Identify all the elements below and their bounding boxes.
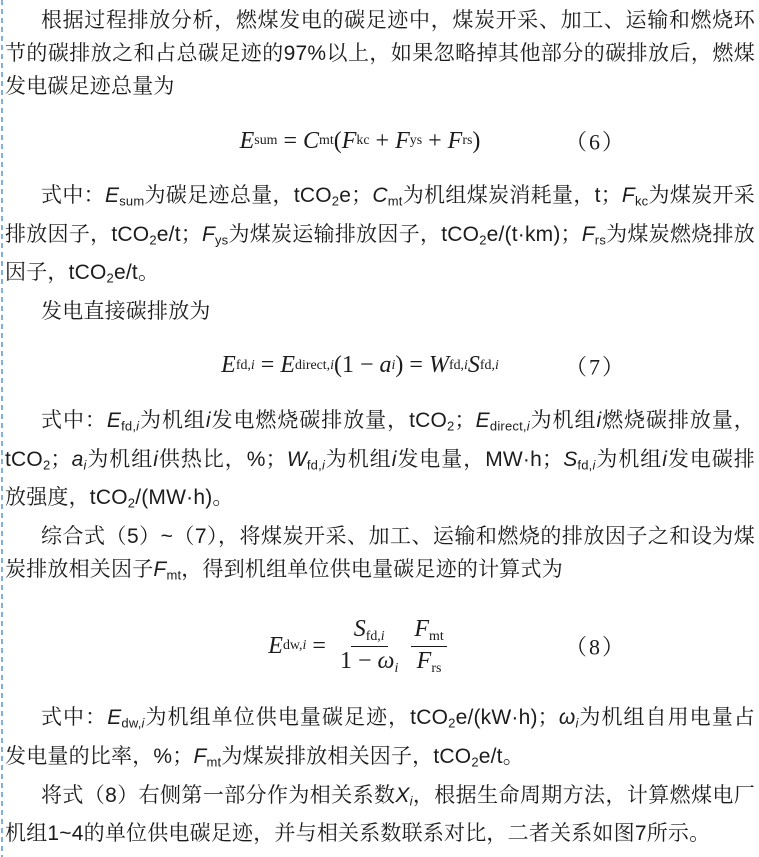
- subscript: fd,: [449, 358, 464, 374]
- text-run: 为机组: [325, 448, 392, 471]
- text-run: 供热比，%；: [158, 448, 287, 471]
- text-run: e/t。: [479, 745, 524, 768]
- equation-7-expression: Efd,i = Edirect,i(1 − ai) = Wfd,iSfd,i: [221, 352, 499, 379]
- text-run: (1 −: [334, 352, 380, 379]
- subscript: i: [495, 358, 499, 374]
- text-run: 式中：: [41, 184, 105, 207]
- text-run: ) =: [395, 352, 429, 379]
- subscript: i: [394, 661, 398, 676]
- text-run: 为机组单位供电量碳足迹，tCO: [145, 706, 448, 729]
- text-run: e/t；: [157, 223, 202, 246]
- equation-8-expression: Edw,i = Sfd,i1 − ωiFmtFrs: [268, 616, 451, 677]
- text-run: 发电量，MW·h；: [397, 448, 564, 471]
- text-run: 1 −: [340, 648, 378, 674]
- paragraph-combine-lead: 综合式（5）~（7），将煤炭开采、加工、运输和燃烧的排放因子之和设为煤炭排放相关…: [5, 520, 755, 592]
- subscript: fd,: [366, 629, 381, 644]
- text-run: 为机组: [530, 409, 597, 432]
- equation-6-number: （6）: [565, 126, 626, 157]
- document-page: { "page": { "background": "#ffffff", "gu…: [0, 0, 759, 857]
- text-run: (: [334, 128, 342, 155]
- fraction-numerator: Sfd,i: [351, 616, 388, 647]
- subscript: ys: [410, 133, 422, 149]
- text-run: 为机组: [596, 448, 663, 471]
- paragraph-direct-emission-lead: 发电直接碳排放为: [5, 295, 755, 328]
- text-run: 为机组: [87, 448, 154, 471]
- variable: E: [476, 409, 490, 432]
- variable: F: [448, 128, 463, 155]
- text-run: 发电燃烧碳排放量，tCO: [211, 409, 447, 432]
- variable: F: [342, 128, 357, 155]
- subscript: rs: [595, 232, 606, 247]
- text-run: =: [255, 352, 281, 379]
- subscript: mt: [319, 133, 334, 149]
- text-run: e/(t·km)；: [487, 223, 582, 246]
- variable: C: [303, 128, 319, 155]
- text-run: +: [422, 128, 448, 155]
- variable: S: [468, 352, 480, 379]
- subscript: 2: [471, 755, 478, 770]
- variable: F: [193, 745, 206, 768]
- variable: F: [582, 223, 595, 246]
- variable: S: [354, 616, 366, 642]
- fraction-denominator: 1 − ωi: [337, 647, 401, 677]
- text-run: 发电直接碳排放为: [41, 300, 211, 323]
- text-run: e/(kW·h)；: [456, 706, 559, 729]
- variable: a: [380, 352, 392, 379]
- variable: ω: [378, 648, 395, 674]
- fraction-numerator: Fmt: [411, 616, 446, 647]
- subscript: ys: [215, 232, 228, 247]
- variable: E: [240, 128, 255, 155]
- variable: E: [221, 352, 236, 379]
- variable: F: [417, 648, 432, 674]
- subscript: kc: [635, 194, 648, 209]
- text-run: 为煤炭运输排放因子，tCO: [228, 223, 479, 246]
- subscript: mt: [207, 755, 222, 770]
- paragraph-eq7-notes: 式中：Efd,i为机组i发电燃烧碳排放量，tCO2；Edirect,i为机组i燃…: [5, 404, 755, 520]
- equation-7-number: （7）: [565, 350, 626, 381]
- subscript: 2: [149, 232, 156, 247]
- variable: F: [414, 616, 429, 642]
- fraction-denominator: Frs: [414, 647, 445, 677]
- subscript: dw,: [283, 638, 303, 654]
- equation-8-number: （8）: [565, 631, 626, 662]
- subscript: kc: [356, 133, 369, 149]
- subscript: fd,: [307, 457, 322, 472]
- subscript: dw,: [121, 716, 141, 731]
- variable: C: [372, 184, 387, 207]
- text-run: ，得到机组单位供电量碳足迹的计算式为: [181, 558, 563, 581]
- text-run: ；: [50, 448, 71, 471]
- variable: F: [153, 558, 166, 581]
- paragraph-intro: 根据过程排放分析，燃煤发电的碳足迹中，煤炭开采、加工、运输和燃烧环节的碳排放之和…: [5, 4, 755, 103]
- variable: F: [622, 184, 635, 207]
- subscript: direct,: [295, 358, 330, 374]
- variable: E: [280, 352, 295, 379]
- variable: S: [563, 448, 577, 471]
- subscript: mt: [388, 194, 403, 209]
- paragraph-eq6-notes: 式中：Esum为碳足迹总量，tCO2e；Cmt为机组煤炭消耗量，t；Fkc为煤炭…: [5, 179, 755, 295]
- subscript: i: [381, 629, 385, 644]
- paragraph-conclusion: 将式（8）右侧第一部分作为相关系数Xi，根据生命周期方法，计算燃煤电厂机组1~4…: [5, 779, 755, 851]
- text-run: 为机组: [139, 409, 206, 432]
- subscript: rs: [462, 133, 472, 149]
- fraction: Sfd,i1 − ωi: [337, 616, 401, 677]
- text-run: =: [306, 633, 332, 660]
- subscript: fd,: [577, 457, 592, 472]
- subscript: 2: [448, 716, 455, 731]
- document-body: 根据过程排放分析，燃煤发电的碳足迹中，煤炭开采、加工、运输和燃烧环节的碳排放之和…: [5, 4, 755, 850]
- text-run: 式中：: [41, 706, 107, 729]
- variable: E: [105, 184, 119, 207]
- subscript: fd,: [236, 358, 251, 374]
- equation-8: Edw,i = Sfd,i1 − ωiFmtFrs （8）: [5, 613, 755, 679]
- equation-6: Esum = Cmt(Fkc + Fys + Frs) （6）: [5, 123, 755, 159]
- variable: F: [202, 223, 215, 246]
- subscript: 2: [479, 232, 486, 247]
- fraction: FmtFrs: [411, 616, 446, 677]
- text-run: /(MW·h)。: [135, 486, 233, 509]
- equation-6-expression: Esum = Cmt(Fkc + Fys + Frs): [240, 128, 481, 155]
- paragraph-eq8-notes: 式中：Edw,i为机组单位供电量碳足迹，tCO2e/(kW·h)；ωi为机组自用…: [5, 701, 755, 778]
- margin-guide-line: [1, 0, 3, 857]
- subscript: rs: [431, 661, 441, 676]
- variable: ω: [559, 706, 576, 729]
- subscript: direct,: [490, 419, 527, 434]
- subscript: mt: [429, 629, 444, 644]
- text-run: +: [370, 128, 396, 155]
- subscript: sum: [254, 133, 277, 149]
- text-run: 根据过程排放分析，燃煤发电的碳足迹中，煤炭开采、加工、运输和燃烧环节的碳排放之和…: [5, 9, 755, 98]
- variable: E: [107, 409, 121, 432]
- variable: E: [107, 706, 121, 729]
- equation-7: Efd,i = Edirect,i(1 − ai) = Wfd,iSfd,i （…: [5, 348, 755, 384]
- text-run: 将式（8）右侧第一部分作为相关系数: [41, 784, 395, 807]
- variable: a: [72, 448, 84, 471]
- text-run: 式中：: [41, 409, 107, 432]
- text-run: ): [472, 128, 480, 155]
- subscript: fd,: [121, 419, 136, 434]
- variable: X: [395, 784, 409, 807]
- variable: W: [287, 448, 307, 471]
- subscript: mt: [166, 567, 181, 582]
- subscript: 2: [107, 271, 114, 286]
- text-run: e；: [339, 184, 372, 207]
- variable: E: [268, 633, 283, 660]
- variable: W: [429, 352, 449, 379]
- text-run: 为机组煤炭消耗量，t；: [403, 184, 622, 207]
- subscript: fd,: [480, 358, 495, 374]
- text-run: ；: [454, 409, 475, 432]
- subscript: sum: [119, 194, 144, 209]
- text-run: e/t。: [114, 261, 159, 284]
- text-run: 为碳足迹总量，tCO: [144, 184, 331, 207]
- text-run: 为煤炭排放相关因子，tCO: [221, 745, 471, 768]
- variable: F: [395, 128, 410, 155]
- text-run: =: [277, 128, 303, 155]
